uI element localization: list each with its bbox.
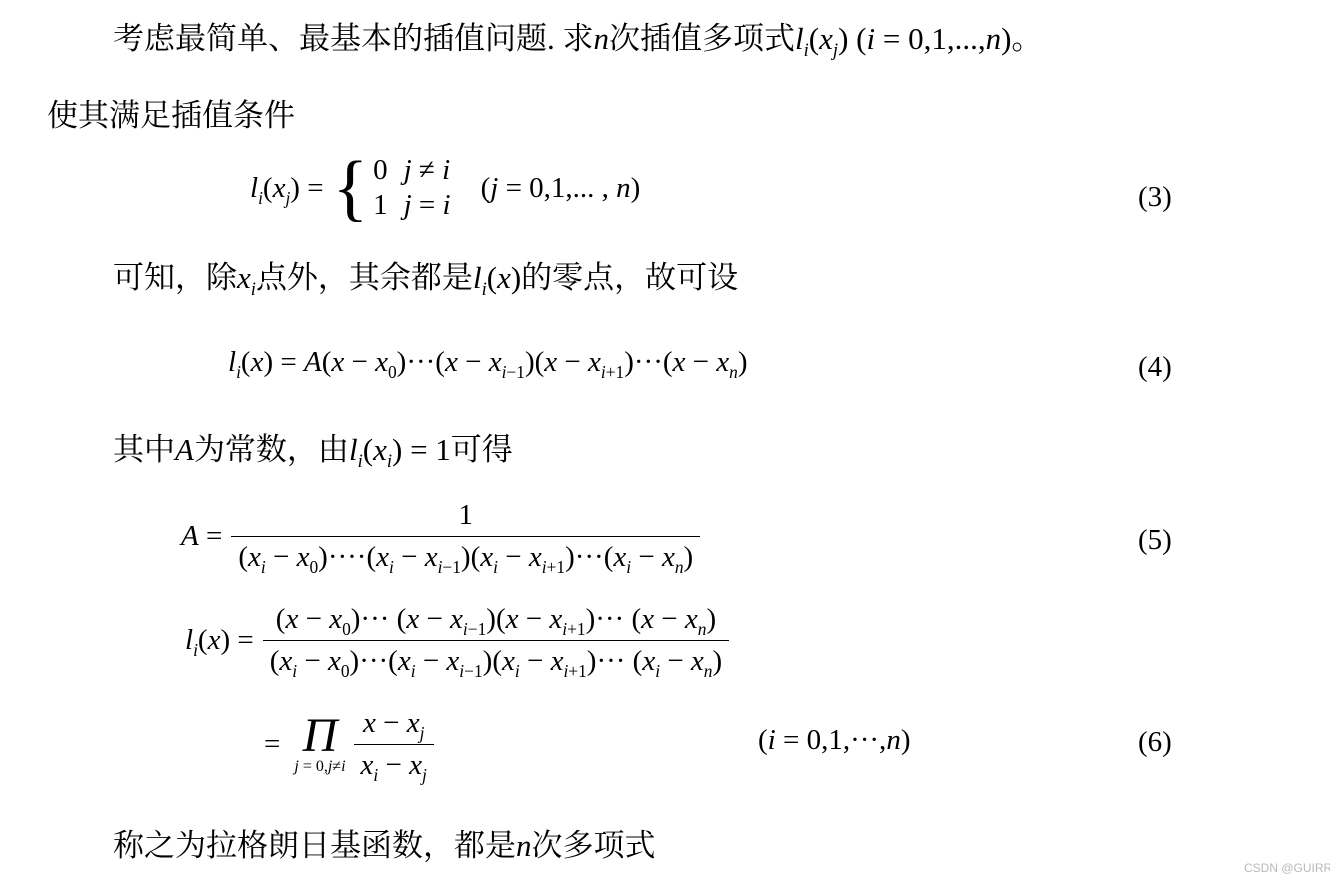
eq6b-range: (i = 0,1,···,n): [758, 722, 910, 760]
eq5-fraction: 1 (xi − x0)····(xi − xi−1)(xi − xi+1)···…: [231, 499, 700, 574]
eq5-denominator: (xi − x0)····(xi − xi−1)(xi − xi+1)···(x…: [231, 536, 700, 574]
eq6a-fraction: (x − x0)··· (x − xi−1)(x − xi+1)··· (x −…: [263, 603, 729, 678]
equation-3: li(xj) = { 0 j ≠ i 1 j = i (j = 0,1,... …: [250, 153, 640, 223]
eq3-number: (3): [1138, 180, 1172, 215]
eq5-numerator: 1: [452, 499, 481, 536]
product-limits: j = 0,j≠i: [294, 758, 345, 776]
eq6b-denominator: xi − xj: [354, 744, 434, 782]
case-condition: j ≠ i: [404, 153, 451, 188]
case-value: 1: [373, 188, 388, 223]
eq6b-equals: =: [264, 728, 280, 761]
paragraph-constant: 其中A为常数，由li(xi) = 1可得: [113, 430, 513, 470]
paragraph-intro: 考虑最简单、最基本的插值问题. 求n次插值多项式li(xj) (i = 0,1,…: [113, 19, 1042, 59]
eq4-number: (4): [1138, 350, 1172, 385]
paragraph-zeros: 可知，除xi点外，其余都是li(x)的零点，故可设: [113, 258, 738, 298]
case-row: 1 j = i: [373, 188, 450, 223]
equation-6-line1: li(x) = (x − x0)··· (x − xi−1)(x − xi+1)…: [185, 603, 729, 678]
eq3-lhs: li(xj) =: [250, 172, 324, 205]
case-condition: j = i: [404, 188, 451, 223]
equation-4: li(x) = A(x − x0)···(x − xi−1)(x − xi+1)…: [228, 344, 748, 382]
eq6a-denominator: (xi − x0)···(xi − xi−1)(xi − xi+1)··· (x…: [263, 640, 729, 678]
case-value: 0: [373, 153, 388, 188]
product-operator: Π j = 0,j≠i: [294, 714, 345, 776]
case-row: 0 j ≠ i: [373, 153, 450, 188]
cases-brace: {: [333, 153, 369, 223]
eq5-lhs: A =: [181, 520, 222, 553]
eq6b-number: (6): [1138, 725, 1172, 760]
eq5-number: (5): [1138, 523, 1172, 558]
eq6a-lhs: li(x) =: [185, 624, 254, 657]
eq3-cases: 0 j ≠ i 1 j = i: [373, 153, 450, 223]
equation-6-line2: = Π j = 0,j≠i x − xj xi − xj: [264, 707, 434, 782]
document-page: { "page": { "background_color": "#ffffff…: [0, 0, 1330, 882]
watermark: CSDN @GUIRR: [1244, 861, 1330, 875]
paragraph-lagrange-basis: 称之为拉格朗日基函数，都是n次多项式: [113, 826, 656, 866]
equation-5: A = 1 (xi − x0)····(xi − xi−1)(xi − xi+1…: [181, 499, 700, 574]
eq6b-fraction: x − xj xi − xj: [354, 707, 434, 782]
paragraph-interp-condition: 使其满足插值条件: [47, 96, 295, 136]
eq3-range: (j = 0,1,... , n): [481, 172, 641, 205]
eq6a-numerator: (x − x0)··· (x − xi−1)(x − xi+1)··· (x −…: [269, 603, 723, 640]
eq6b-numerator: x − xj: [356, 707, 431, 744]
product-symbol: Π: [303, 714, 338, 757]
